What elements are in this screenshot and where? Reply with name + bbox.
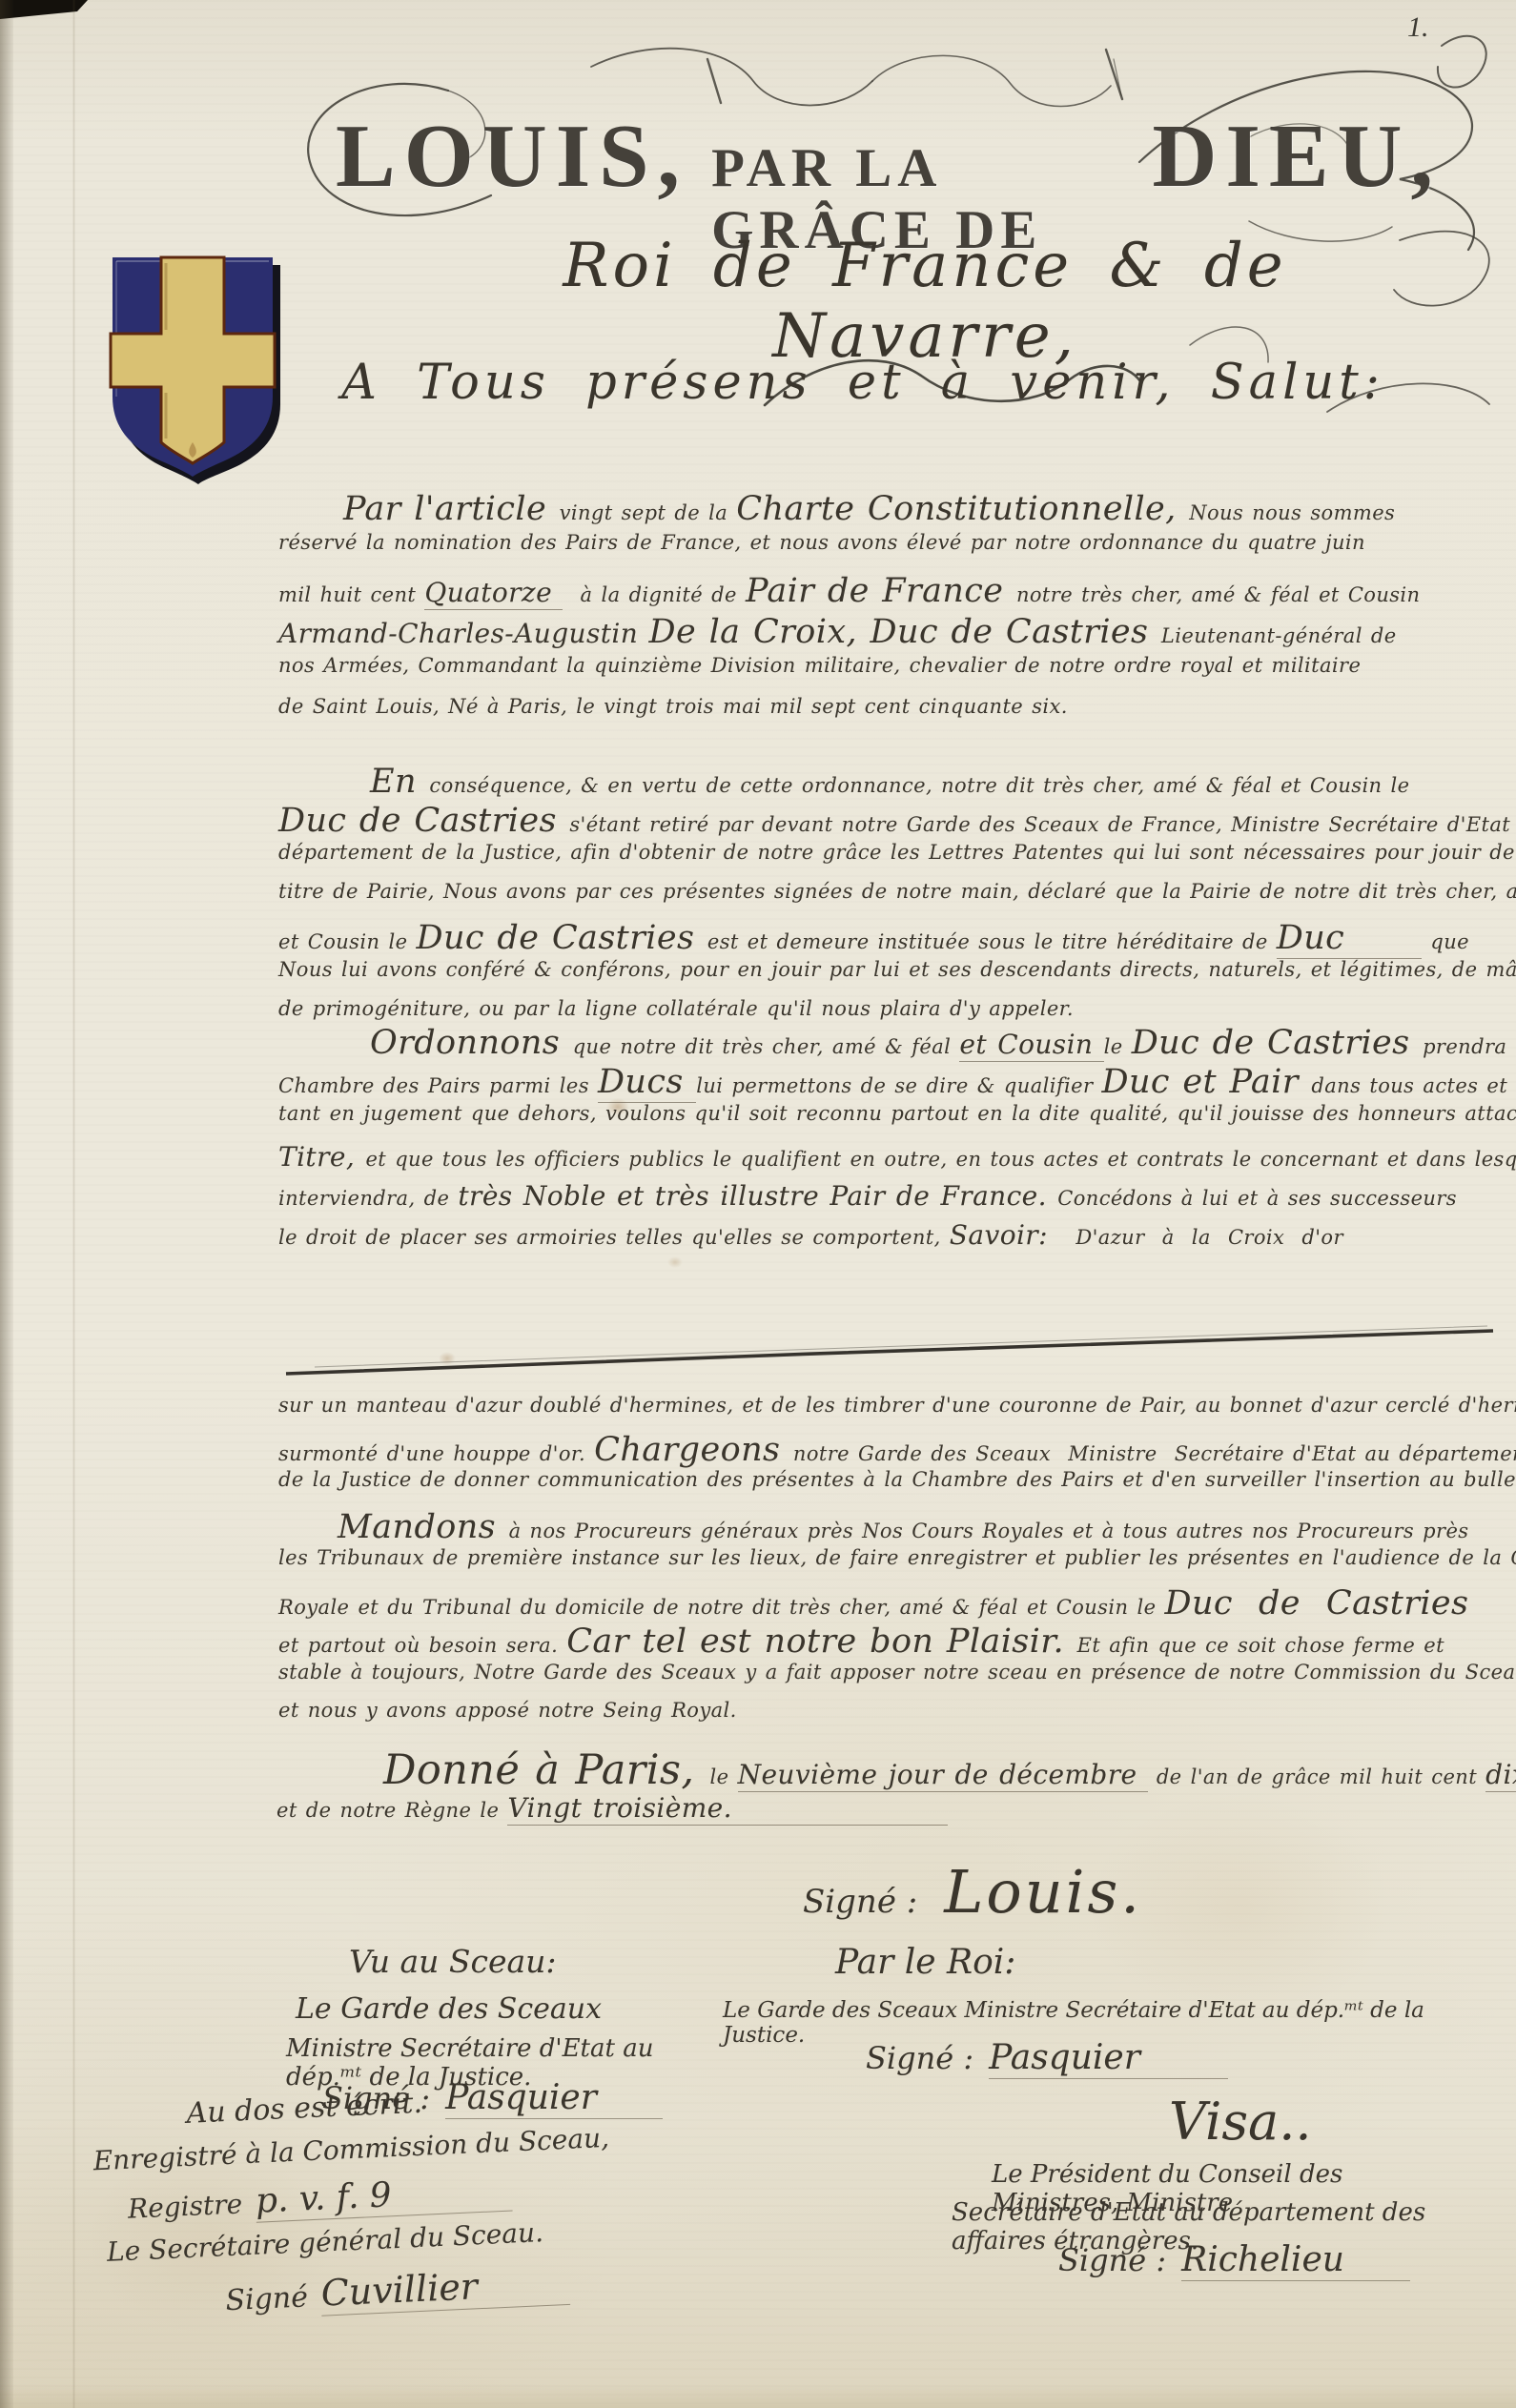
text-segment: Armand-Charles-Augustin (278, 618, 648, 649)
text-line: Titre, et que tous les officiers publics… (278, 1141, 1508, 1180)
par-le-roi-label: Par le Roi: (835, 1943, 1466, 1998)
text-line: interviendra, de très Noble et très illu… (278, 1180, 1508, 1219)
counter-signature-block: Par le Roi: Le Garde des Sceaux Ministre… (723, 1943, 1466, 2281)
title-roi-de-france: Roi de France & de Navarre, (410, 231, 1440, 372)
section-divider (286, 1326, 1493, 1374)
text-segment: Chargeons (594, 1431, 793, 1469)
text-segment: surmonté d'une houppe d'or. (278, 1442, 594, 1465)
paragraph-consequence: En conséquence, & en vertu de cette ordo… (278, 763, 1508, 1036)
text-segment: et que tous les officiers publics le qua… (365, 1148, 1516, 1171)
text-segment: à nos Procureurs généraux près Nos Cours… (509, 1520, 1469, 1542)
pasquier-name: Pasquier (989, 2038, 1227, 2079)
text-segment: et Cousin le (278, 930, 417, 953)
text-segment: tant en jugement que dehors, voulons qu'… (278, 1102, 1516, 1125)
text-line: les Tribunaux de première instance sur l… (278, 1546, 1508, 1584)
text-line: Ordonnons que notre dit très cher, amé &… (278, 1024, 1508, 1063)
text-line: et de notre Règne le Vingt troisième. (277, 1792, 1506, 1838)
text-segment: de la Justice de donner communication de… (278, 1468, 1516, 1491)
text-line: de Saint Louis, Né à Paris, le vingt tro… (278, 695, 1508, 736)
text-segment: est et demeure instituée sous le titre h… (707, 930, 1277, 953)
text-segment: Duc de Castries (1132, 1024, 1423, 1062)
text-line: Nous lui avons conféré & conférons, pour… (278, 958, 1508, 997)
text-segment: De la Croix, Duc de Castries (648, 613, 1160, 651)
text-line: tant en jugement que dehors, voulons qu'… (278, 1102, 1508, 1141)
garde-des-sceaux-ministre-label: Le Garde des Sceaux Ministre Secrétaire … (723, 1998, 1466, 2038)
text-line: surmonté d'une houppe d'or. Chargeons no… (278, 1431, 1508, 1468)
text-line: Donné à Paris, le Neuvième jour de décem… (277, 1746, 1506, 1792)
text-segment: département de la Justice, afin d'obteni… (278, 841, 1516, 864)
text-segment: notre Garde des Sceaux Ministre Secrétai… (793, 1442, 1516, 1465)
text-line: Duc de Castries s'étant retiré par devan… (278, 802, 1508, 841)
text-segment: Duc et Pair (1101, 1063, 1311, 1101)
text-segment: le (1104, 1035, 1132, 1058)
signed-label: Signé : (1058, 2242, 1166, 2278)
text-segment: D'azur à la Croix d'or (1058, 1226, 1343, 1249)
text-segment: interviendra, de (278, 1187, 458, 1210)
text-line: département de la Justice, afin d'obteni… (278, 841, 1508, 880)
text-segment: Donné à Paris, (383, 1746, 710, 1794)
paper-stain (439, 1352, 456, 1365)
text-segment: que notre dit très cher, amé & féal (573, 1035, 960, 1058)
garde-des-sceaux-label: Le Garde des Sceaux (296, 1992, 734, 2034)
text-segment: que (1422, 930, 1469, 953)
text-line: de la Justice de donner communication de… (278, 1468, 1508, 1505)
text-segment: le droit de placer ses armoiries telles … (278, 1226, 950, 1249)
text-line: En conséquence, & en vertu de cette ordo… (278, 763, 1508, 802)
text-segment: s'étant retiré par devant notre Garde de… (569, 813, 1516, 836)
text-line: mil huit cent Quatorze à la dignité de P… (278, 572, 1508, 613)
page-number: 1. (1407, 11, 1429, 44)
visa-label: Visa.. (1169, 2092, 1466, 2160)
title-word-dieu: DIEU, (1152, 105, 1442, 208)
text-line: nos Armées, Commandant la quinzième Divi… (278, 654, 1508, 695)
text-segment: notre très cher, amé & féal et Cousin (1016, 583, 1421, 606)
coat-of-arms (107, 254, 284, 490)
paragraph-charte: Par l'article vingt sept de la Charte Co… (278, 490, 1508, 736)
text-segment: mil huit cent (278, 583, 424, 606)
paragraph-dateline: Donné à Paris, le Neuvième jour de décem… (277, 1746, 1506, 1838)
vu-au-sceau-label: Vu au Sceau: (349, 1943, 734, 1992)
text-line: Royale et du Tribunal du domicile de not… (278, 1584, 1508, 1622)
text-segment: Pair de France (746, 572, 1016, 610)
text-segment: Duc de Castries (278, 802, 569, 840)
text-segment: et nous y avons apposé notre Seing Royal… (278, 1699, 737, 1722)
text-segment: Par l'article (343, 490, 560, 528)
text-segment: stable à toujours, Notre Garde des Sceau… (278, 1661, 1516, 1684)
text-segment: En (370, 763, 429, 801)
salutation-line: A Tous présens et à venir, Salut: (324, 355, 1402, 411)
royal-signature: Signé : Louis. (803, 1857, 1142, 1927)
text-segment: Concédons à lui et à ses successeurs (1057, 1187, 1457, 1210)
paragraph-chargeons: sur un manteau d'azur doublé d'hermines,… (278, 1394, 1508, 1505)
text-line: stable à toujours, Notre Garde des Sceau… (278, 1661, 1508, 1699)
letters-patent-page: 1. (0, 0, 1516, 2408)
text-line: titre de Pairie, Nous avons par ces prés… (278, 880, 1508, 919)
text-segment: et de notre Règne le (277, 1799, 507, 1822)
text-segment: de primogéniture, ou par la ligne collat… (278, 997, 1074, 1020)
text-segment: Quatorze (424, 577, 563, 610)
text-segment: dix sept (1485, 1759, 1516, 1792)
text-segment: prendra rang à la (1423, 1035, 1516, 1058)
registration-block: Au dos est écrit. Enregistré à la Commis… (83, 2077, 626, 2326)
text-segment: Chambre des Pairs parmi les (278, 1074, 598, 1097)
signature-pasquier-2: Signé : Pasquier (866, 2038, 1466, 2092)
text-segment: le (710, 1765, 738, 1788)
registre-label: Registre (127, 2188, 242, 2224)
text-segment: et partout où besoin sera. (278, 1634, 566, 1657)
text-line: et nous y avons apposé notre Seing Royal… (278, 1699, 1508, 1737)
text-segment: titre de Pairie, Nous avons par ces prés… (278, 880, 1516, 903)
text-line: et partout où besoin sera. Car tel est n… (278, 1622, 1508, 1661)
ministre-label: Ministre Secrétaire d'Etat au dép.ᵐᵗ de … (286, 2034, 734, 2078)
text-segment: Duc de Castries (1165, 1584, 1469, 1622)
text-segment: Charte Constitutionnelle, (736, 490, 1189, 528)
text-line: le droit de placer ses armoiries telles … (278, 1219, 1508, 1258)
text-segment: Duc (1277, 919, 1423, 959)
richelieu-name: Richelieu (1181, 2240, 1409, 2281)
text-segment: Car tel est notre bon Plaisir. (566, 1622, 1076, 1661)
text-segment: de l'an de grâce mil huit cent (1148, 1765, 1485, 1788)
president-conseil-label: Le Président du Conseil des Ministres, M… (992, 2160, 1466, 2198)
text-segment: Nous lui avons conféré & conférons, pour… (278, 958, 1516, 981)
text-segment: Duc de Castries (417, 919, 707, 957)
text-segment: de Saint Louis, Né à Paris, le vingt tro… (278, 695, 1068, 718)
signature-richelieu: Signé : Richelieu (1058, 2240, 1466, 2281)
king-signature-name: Louis. (944, 1857, 1142, 1927)
signed-label: Signé : (866, 2040, 973, 2076)
text-segment: Lieutenant-général de (1161, 624, 1397, 647)
text-line: réservé la nomination des Pairs de Franc… (278, 531, 1508, 572)
secretaire-affaires-etrangeres-label: Secrétaire d'Etat au département des aff… (952, 2198, 1466, 2240)
text-segment: dans tous actes et contrats, (1311, 1074, 1516, 1097)
text-segment: vingt sept de la (560, 501, 737, 524)
text-segment: Mandons (338, 1508, 509, 1546)
signed-label: Signé (225, 2280, 309, 2317)
text-segment: nos Armées, Commandant la quinzième Divi… (278, 654, 1361, 677)
text-segment: sur un manteau d'azur doublé d'hermines,… (278, 1394, 1516, 1417)
text-segment: et Cousin (959, 1029, 1103, 1062)
text-segment: les Tribunaux de première instance sur l… (278, 1546, 1516, 1569)
text-segment: Savoir: (950, 1219, 1058, 1251)
text-segment: à la dignité de (563, 583, 746, 606)
title-word-louis: LOUIS, (336, 105, 688, 208)
text-segment: très Noble et très illustre Pair de Fran… (458, 1180, 1057, 1212)
text-segment: Neuvième jour de décembre (738, 1759, 1148, 1792)
text-line: Armand-Charles-Augustin De la Croix, Duc… (278, 613, 1508, 654)
paragraph-mandons: Mandons à nos Procureurs généraux près N… (278, 1508, 1508, 1737)
text-segment: Nous nous sommes (1189, 501, 1395, 524)
text-segment: réservé la nomination des Pairs de Franc… (278, 531, 1365, 554)
text-line: Par l'article vingt sept de la Charte Co… (278, 490, 1508, 531)
text-segment: Royale et du Tribunal du domicile de not… (278, 1596, 1165, 1619)
text-segment: Et afin que ce soit chose ferme et (1077, 1634, 1444, 1657)
text-segment: lui permettons de se dire & qualifier (696, 1074, 1101, 1097)
paragraph-ordonnons: Ordonnons que notre dit très cher, amé &… (278, 1024, 1508, 1258)
text-segment: conséquence, & en vertu de cette ordonna… (429, 774, 1409, 797)
binding-edge-shadow (0, 0, 13, 2408)
text-segment: Ducs (598, 1063, 696, 1103)
signed-label: Signé : (803, 1883, 917, 1921)
text-line: Mandons à nos Procureurs généraux près N… (278, 1508, 1508, 1546)
text-segment: Vingt troisième. (507, 1792, 948, 1826)
paper-crease (72, 0, 75, 2408)
text-segment: Ordonnons (370, 1024, 573, 1062)
text-line: et Cousin le Duc de Castries est et deme… (278, 919, 1508, 958)
text-line: sur un manteau d'azur doublé d'hermines,… (278, 1394, 1508, 1431)
text-segment: Titre, (278, 1141, 365, 1173)
text-line: Chambre des Pairs parmi les Ducs lui per… (278, 1063, 1508, 1102)
